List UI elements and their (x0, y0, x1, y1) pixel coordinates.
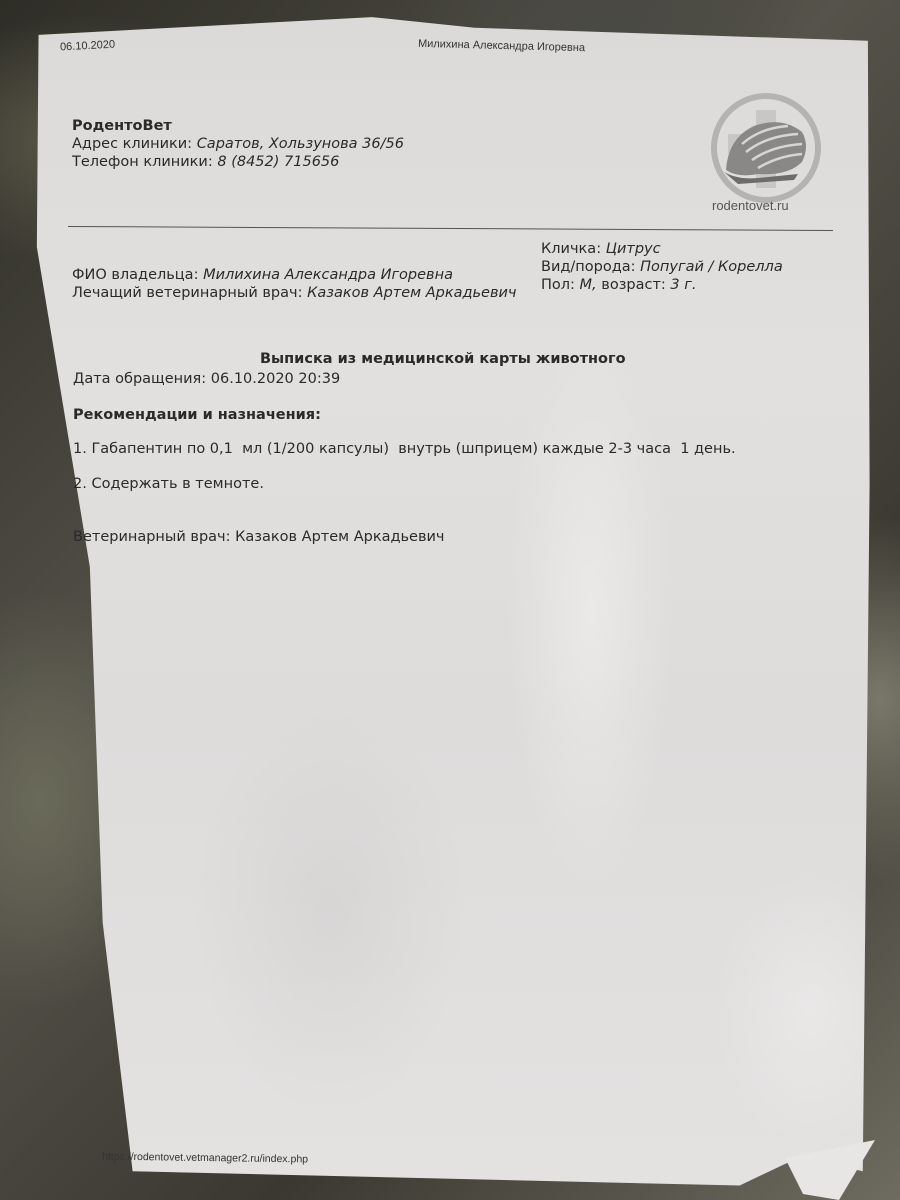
owner-name-value: Милихина Александра Игоревна (203, 267, 453, 283)
recommendation-item: 1. Габапентин по 0,1 мл (1/200 капсулы) … (73, 441, 736, 457)
pet-species-label: Вид/порода: (541, 259, 636, 275)
visit-date: Дата обращения: 06.10.2020 20:39 (73, 371, 340, 387)
pet-sex-value: М, (580, 277, 597, 293)
attending-doctor-value: Казаков Артем Аркадьевич (307, 285, 516, 301)
signature-value: Казаков Артем Аркадьевич (235, 529, 444, 545)
pet-name-label: Кличка: (541, 241, 601, 257)
clinic-phone: Телефон клиники: 8 (8452) 715656 (72, 154, 339, 170)
clinic-address: Адрес клиники: Саратов, Хользунова 36/56 (72, 136, 404, 152)
pet-sex-label: Пол: (541, 277, 575, 293)
pet-species-value: Попугай / Корелла (640, 259, 783, 275)
clinic-website: rodentovet.ru (712, 198, 789, 213)
document-title: Выписка из медицинской карты животного (260, 351, 626, 367)
signature: Ветеринарный врач: Казаков Артем Аркадье… (73, 529, 445, 545)
clinic-phone-label: Телефон клиники: (72, 154, 213, 170)
owner-name-label: ФИО владельца: (72, 267, 198, 283)
clinic-phone-value: 8 (8452) 715656 (217, 154, 339, 170)
visit-date-value: 06.10.2020 20:39 (211, 371, 340, 387)
pet-name: Кличка: Цитрус (541, 241, 661, 257)
recommendation-item: 2. Содержать в темноте. (73, 476, 264, 492)
owner-name: ФИО владельца: Милихина Александра Игоре… (72, 267, 453, 283)
signature-label: Ветеринарный врач: (73, 529, 230, 545)
attending-doctor: Лечащий ветеринарный врач: Казаков Артем… (72, 285, 517, 301)
visit-date-label: Дата обращения: (73, 371, 206, 387)
attending-doctor-label: Лечащий ветеринарный врач: (72, 285, 302, 301)
clinic-address-label: Адрес клиники: (72, 136, 192, 152)
pet-species: Вид/порода: Попугай / Корелла (541, 259, 783, 275)
pet-age-value: 3 г. (670, 277, 696, 293)
pet-name-value: Цитрус (606, 241, 661, 257)
clinic-address-value: Саратов, Хользунова 36/56 (197, 136, 404, 152)
recommendations-heading: Рекомендации и назначения: (73, 407, 321, 423)
pet-age-label: возраст: (601, 277, 666, 293)
pet-sex-age: Пол: М, возраст: 3 г. (541, 277, 696, 293)
clinic-name: РодентоВет (72, 118, 172, 134)
